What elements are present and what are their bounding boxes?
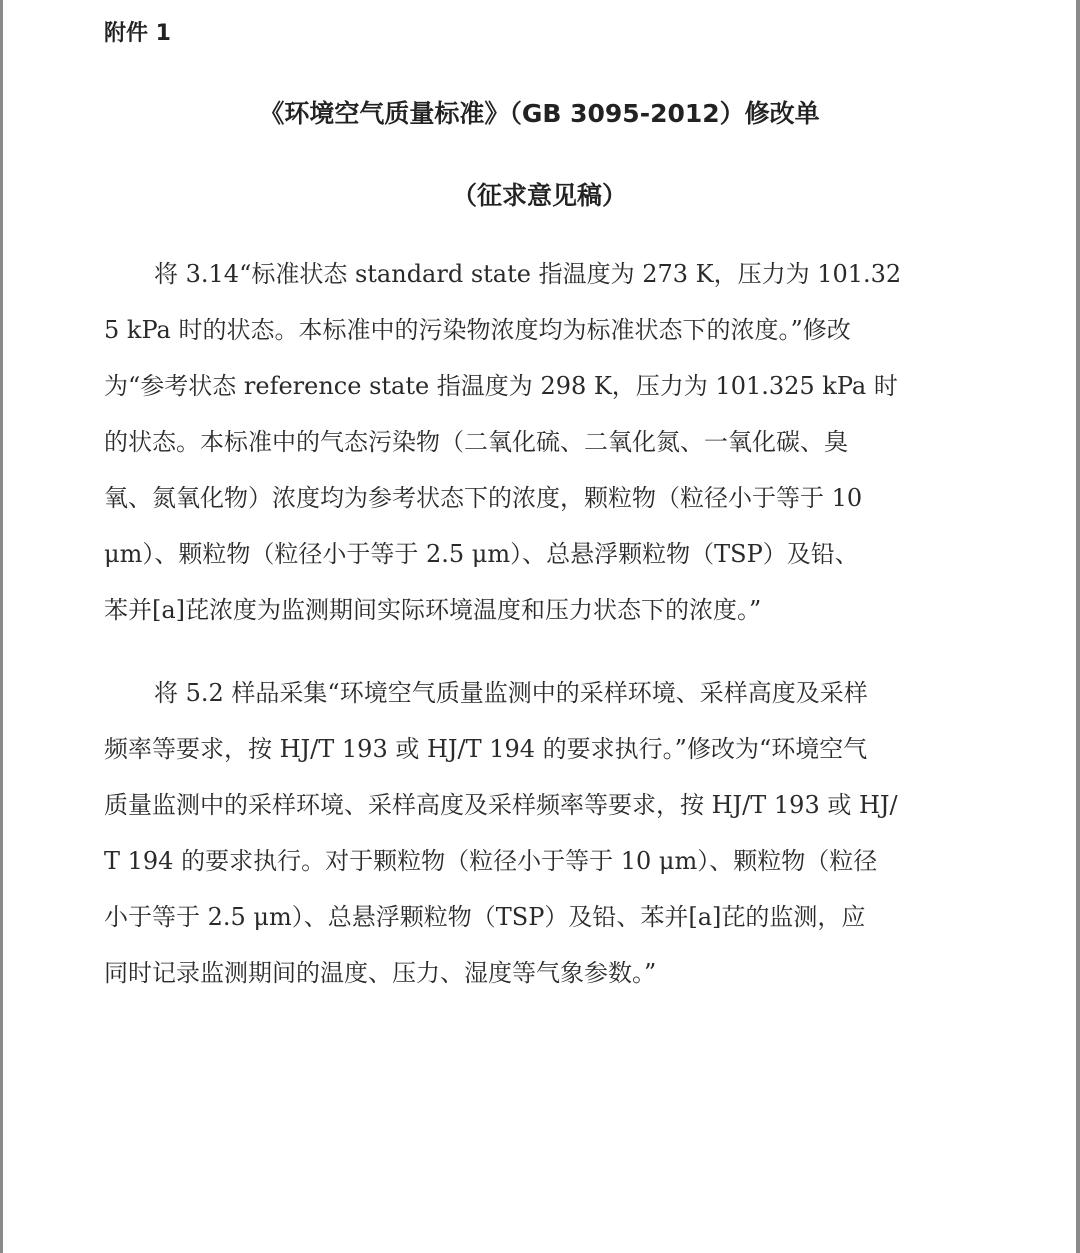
attachment-label: 附件 1 [104,16,171,47]
paragraph-line: 为“参考状态 reference state 指温度为 298 K，压力为 10… [104,358,976,414]
paragraph-amendment-3-14: 将 3.14“标准状态 standard state 指温度为 273 K，压力… [104,246,976,638]
paragraph-line: 5 kPa 时的状态。本标准中的污染物浓度均为标准状态下的浓度。”修改 [104,302,976,358]
paragraph-line: 氧、氮氧化物）浓度均为参考状态下的浓度，颗粒物（粒径小于等于 10 [104,470,976,526]
paragraph-line: T 194 的要求执行。对于颗粒物（粒径小于等于 10 μm）、颗粒物（粒径 [104,833,976,889]
paragraph-line: 的状态。本标准中的气态污染物（二氧化硫、二氧化氮、一氧化碳、臭 [104,414,976,470]
paragraph-line: 频率等要求，按 HJ/T 193 或 HJ/T 194 的要求执行。”修改为“环… [104,721,976,777]
paragraph-line: 将 5.2 样品采集“环境空气质量监测中的采样环境、采样高度及采样 [104,665,976,721]
document-page: 附件 1 《环境空气质量标准》（GB 3095-2012）修改单 （征求意见稿）… [3,0,1076,1253]
paragraph-line: μm）、颗粒物（粒径小于等于 2.5 μm）、总悬浮颗粒物（TSP）及铅、 [104,526,976,582]
paragraph-line: 小于等于 2.5 μm）、总悬浮颗粒物（TSP）及铅、苯并[a]芘的监测，应 [104,889,976,945]
paragraph-line: 将 3.14“标准状态 standard state 指温度为 273 K，压力… [104,246,976,302]
document-subtitle: （征求意见稿） [3,176,1076,212]
paragraph-amendment-5-2: 将 5.2 样品采集“环境空气质量监测中的采样环境、采样高度及采样 频率等要求，… [104,665,976,1001]
paragraph-line: 质量监测中的采样环境、采样高度及采样频率等要求，按 HJ/T 193 或 HJ/ [104,777,976,833]
document-title: 《环境空气质量标准》（GB 3095-2012）修改单 [3,94,1076,130]
paragraph-line: 苯并[a]芘浓度为监测期间实际环境温度和压力状态下的浓度。” [104,582,976,638]
paragraph-line: 同时记录监测期间的温度、压力、湿度等气象参数。” [104,945,976,1001]
